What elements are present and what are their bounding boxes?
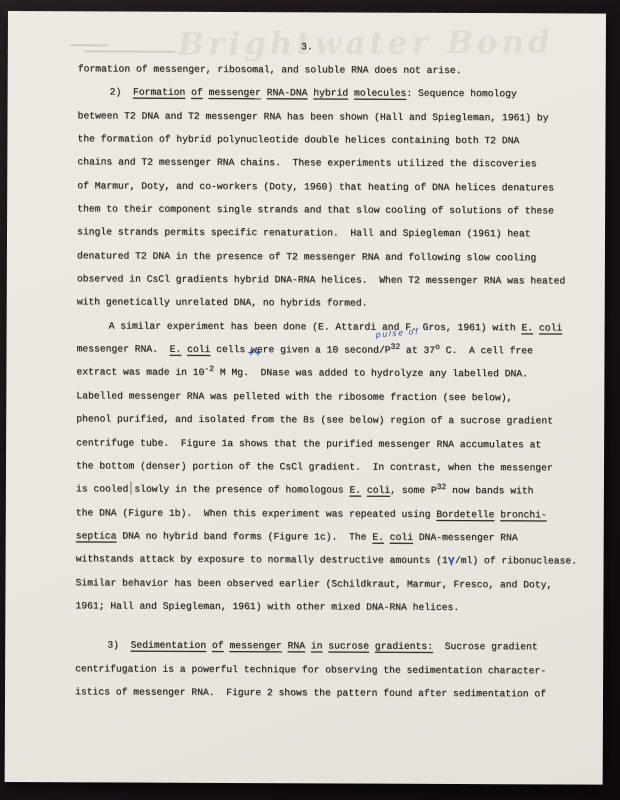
underlined-word: coli [187,344,210,355]
text-line: extract was made in 10-2 M Mg.++ DNase w… [76,361,576,387]
underlined-word: molecules [354,88,406,99]
underlined-word: coli [539,322,562,333]
underlined-word: E. [349,485,361,496]
text-line: the bottom (denser) portion of the CsCl … [76,454,576,480]
underlined-word: of [212,640,224,651]
underlined-word: Formation [133,87,185,98]
underlined-word: septica [76,530,117,541]
text-line: 1961; Hall and Spiegleman, 1961) with ot… [75,594,575,620]
underlined-word: hybrid [313,88,348,99]
text-line: single strands permits specific renatura… [77,221,577,247]
text-line: phenol purified, and isolated from the 8… [76,407,576,433]
superscript: 32 [390,336,400,359]
superscript: -2 [204,358,214,381]
text-line: chains and T2 messenger RNA chains. Thes… [77,151,577,177]
underlined-word: coli [390,532,413,543]
text-line: Labelled messenger RNA was pelleted with… [76,384,576,410]
underlined-word: Bordetelle [436,508,494,519]
text-line: the formation of hybrid polynucleotide d… [77,127,577,153]
underlined-word: E. [521,322,533,333]
pencil-mark [128,481,134,494]
underlined-word: RNA [288,640,306,651]
text-line: 2) Formation of messenger RNA-DNA hybrid… [78,81,578,107]
text-line: withstands attack by exposure to normall… [76,548,576,574]
underlined-word: gradients: [375,641,433,652]
document-body: formation of messenger, ribosomal, and s… [75,57,578,705]
photo-background: Brightwater Bond 3. formation of messeng… [0,0,620,800]
superscript: 32 [437,476,447,499]
text-line: formation of messenger, ribosomal, and s… [78,57,578,83]
text-line: 3) Sedimentation of messenger RNA in suc… [75,634,575,660]
underlined-word: E. [170,344,182,355]
text-line: messenger RNA. E. coli cells were given … [76,337,576,363]
underlined-word: of [191,87,203,98]
text-line: them to their component single strands a… [77,197,577,223]
underlined-word: coli [367,485,390,496]
underlined-word: RNA-DNA [267,87,308,98]
underlined-word: Sedimentation [130,640,206,651]
text-line: A similar experiment has been done (E. A… [77,314,577,340]
text-line: the DNA (Figure 1b). When this experimen… [76,501,576,527]
text-line: of Marmur, Doty, and co-workers (Doty, 1… [77,174,577,200]
superscript: o [435,336,440,359]
underlined-word: bronchi- [500,509,547,520]
underlined-word: sucrose [328,641,369,652]
text-line: septica DNA no hybrid band forms (Figure… [76,524,576,550]
underlined-word: messenger [229,640,281,651]
underlined-word: in [311,641,323,652]
text-line: between T2 DNA and T2 messenger RNA has … [77,104,577,130]
document-page: Brightwater Bond 3. formation of messeng… [5,11,606,785]
text-line: istics of messenger RNA. Figure 2 shows … [75,680,575,706]
underlined-word: messenger [209,87,261,98]
text-line: is cooledslowly in the presence of homol… [76,477,576,503]
underlined-word: E. [372,531,384,542]
text-line: centrifuge tube. Figure 1a shows that th… [76,431,576,457]
text-line: centrifugation is a powerful technique f… [75,657,575,683]
text-line: denatured T2 DNA in the presence of T2 m… [77,244,577,270]
text-line: Similar behavior has been observed earli… [75,571,575,597]
text-line: with genetically unrelated DNA, no hybri… [77,291,577,317]
text-line: observed in CsCl gradients hybrid DNA-RN… [77,267,577,293]
handwritten-gamma: γ [448,554,455,566]
